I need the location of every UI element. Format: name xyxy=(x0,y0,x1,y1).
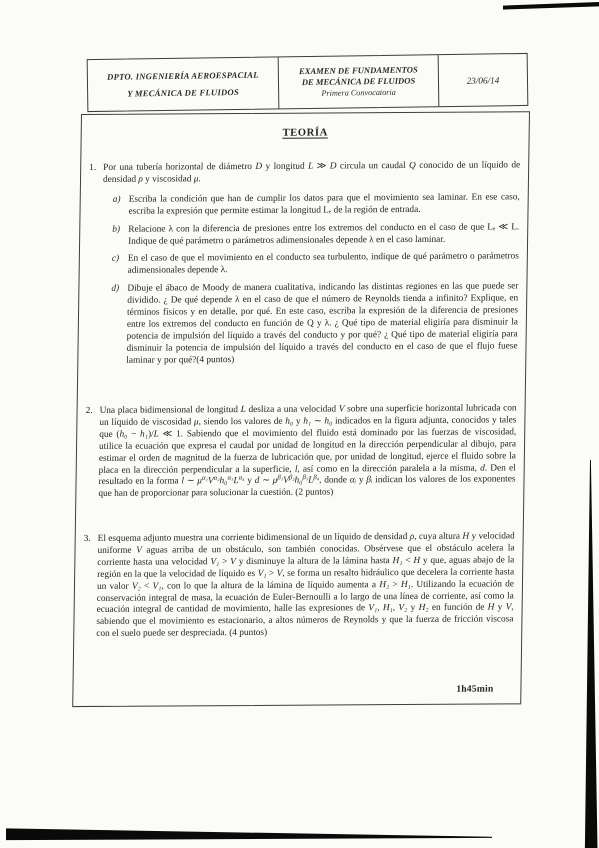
exam-call-label: Primera Convocatoria xyxy=(321,87,396,99)
department-line1: DPTO. INGENIERÍA AEROESPACIAL xyxy=(107,70,259,82)
section-title: TEORÍA xyxy=(82,126,529,141)
item-d-marker: d) xyxy=(110,284,127,367)
question-1: 1. Por una tubería horizontal de diámetr… xyxy=(86,160,520,367)
question-2-number: 2. xyxy=(84,406,99,501)
question-1-item-c: c) En el caso de que el movimiento en el… xyxy=(112,252,519,278)
item-d-text: Dibuje el ábaco de Moody de manera cuali… xyxy=(126,282,518,368)
item-a-text: Escriba la condición que han de cumplir … xyxy=(128,192,519,218)
item-b-marker: b) xyxy=(112,224,128,248)
item-b-text: Relacione λ con la diferencia de presion… xyxy=(128,222,519,248)
question-2-text: Una placa bidimensional de longitud L de… xyxy=(98,403,516,501)
question-1-body: Por una tubería horizontal de diámetro D… xyxy=(100,160,520,367)
header-date-cell: 23/06/14 xyxy=(439,54,528,106)
exam-duration: 1h45min xyxy=(456,683,493,695)
item-a-marker: a) xyxy=(112,195,128,219)
item-c-marker: c) xyxy=(112,254,128,278)
question-3: 3. El esquema adjunto muestra una corrie… xyxy=(82,531,515,641)
exam-title-line2: DE MECÁNICA DE FLUIDOS xyxy=(302,75,416,88)
question-3-text: El esquema adjunto muestra una corriente… xyxy=(96,531,515,641)
exam-body-box: TEORÍA 1. Por una tubería horizontal de … xyxy=(72,111,530,707)
item-c-text: En el caso de que el movimiento en el co… xyxy=(128,252,519,278)
question-1-intro: Por una tubería horizontal de diámetro D… xyxy=(103,160,520,186)
header-exam-cell: EXAMEN DE FUNDAMENTOS DE MECÁNICA DE FLU… xyxy=(279,55,440,108)
question-1-item-d: d) Dibuje el ábaco de Moody de manera cu… xyxy=(110,282,518,368)
question-1-item-a: a) Escriba la condición que han de cumpl… xyxy=(112,192,519,218)
header-table: DPTO. INGENIERÍA AEROESPACIAL Y MECÁNICA… xyxy=(87,53,529,112)
scanned-exam-page: DPTO. INGENIERÍA AEROESPACIAL Y MECÁNICA… xyxy=(0,0,599,848)
scan-artifact-right-edge xyxy=(584,460,599,848)
header-department-cell: DPTO. INGENIERÍA AEROESPACIAL Y MECÁNICA… xyxy=(88,57,280,111)
department-line2: Y MECÁNICA DE FLUIDOS xyxy=(127,87,239,99)
question-2-body: Una placa bidimensional de longitud L de… xyxy=(98,403,516,501)
exam-date: 23/06/14 xyxy=(467,75,500,85)
scan-artifact-bottom xyxy=(6,827,492,841)
question-3-body: El esquema adjunto muestra una corriente… xyxy=(96,531,515,641)
question-2: 2. Una placa bidimensional de longitud L… xyxy=(84,403,516,501)
scan-artifact-top-right xyxy=(503,2,599,10)
question-1-item-b: b) Relacione λ con la diferencia de pres… xyxy=(112,222,519,248)
